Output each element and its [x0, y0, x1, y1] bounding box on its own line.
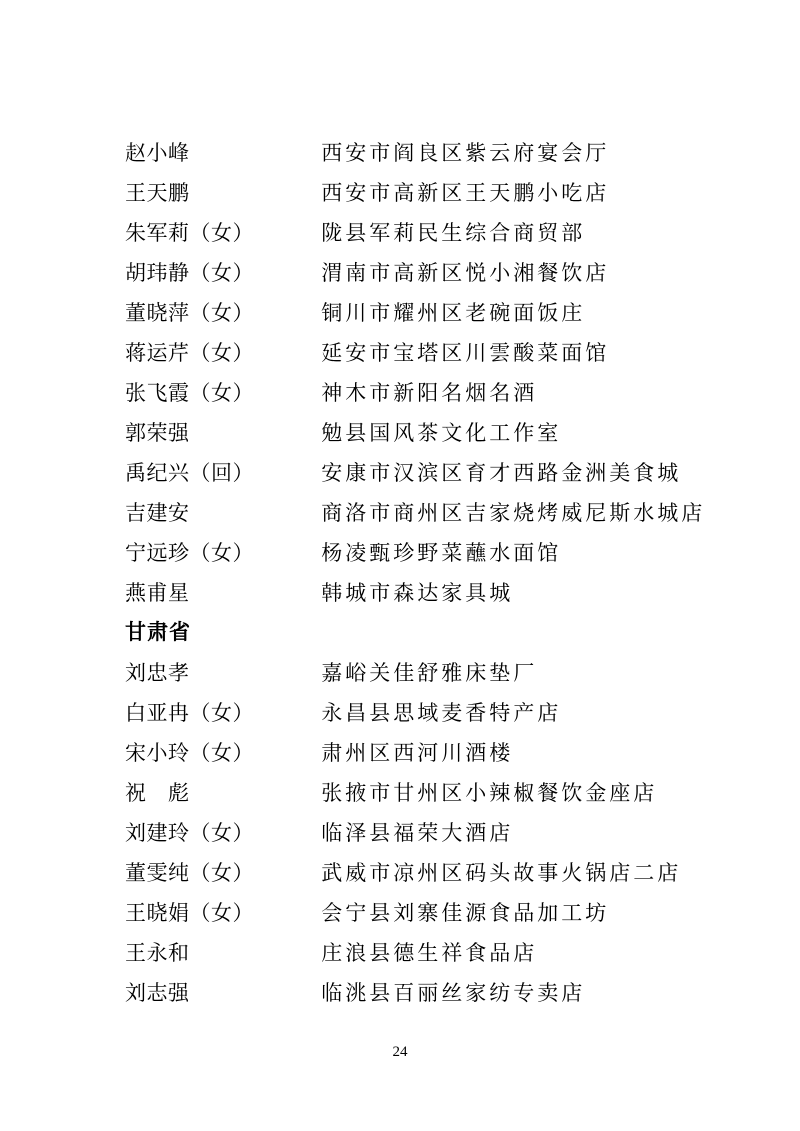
business-name: 会宁县刘寨佳源食品加工坊 [321, 893, 609, 933]
person-name: 吉建安 [125, 493, 316, 533]
list-item: 王晓娟（女） 会宁县刘寨佳源食品加工坊 [125, 893, 760, 933]
business-name: 西安市高新区王天鹏小吃店 [321, 173, 609, 213]
person-name: 董晓萍（女） [125, 293, 316, 333]
list-item: 赵小峰 西安市阎良区紫云府宴会厅 [125, 133, 760, 173]
person-name: 蒋运芹（女） [125, 333, 316, 373]
business-name: 勉县国风茶文化工作室 [321, 413, 561, 453]
list-item: 禹纪兴（回） 安康市汉滨区育才西路金洲美食城 [125, 453, 760, 493]
person-name: 祝 彪 [125, 773, 316, 813]
person-name: 王晓娟（女） [125, 893, 316, 933]
business-name: 渭南市高新区悦小湘餐饮店 [321, 253, 609, 293]
business-name: 西安市阎良区紫云府宴会厅 [321, 133, 609, 173]
list-item: 吉建安 商洛市商州区吉家烧烤威尼斯水城店 [125, 493, 760, 533]
business-name: 永昌县思域麦香特产店 [321, 693, 561, 733]
section-header-gansu: 甘肃省 [125, 613, 760, 653]
person-name: 王天鹏 [125, 173, 316, 213]
person-name: 刘志强 [125, 973, 316, 1013]
list-item: 董晓萍（女） 铜川市耀州区老碗面饭庄 [125, 293, 760, 333]
directory-list: 赵小峰 西安市阎良区紫云府宴会厅 王天鹏 西安市高新区王天鹏小吃店 朱军莉（女）… [125, 133, 760, 1013]
business-name: 嘉峪关佳舒雅床垫厂 [321, 653, 537, 693]
business-name: 神木市新阳名烟名酒 [321, 373, 537, 413]
business-name: 临泽县福荣大酒店 [321, 813, 513, 853]
list-item: 胡玮静（女） 渭南市高新区悦小湘餐饮店 [125, 253, 760, 293]
list-item: 郭荣强 勉县国风茶文化工作室 [125, 413, 760, 453]
person-name: 燕甫星 [125, 573, 316, 613]
list-item: 刘志强 临洮县百丽丝家纺专卖店 [125, 973, 760, 1013]
list-item: 白亚冉（女） 永昌县思域麦香特产店 [125, 693, 760, 733]
business-name: 铜川市耀州区老碗面饭庄 [321, 293, 585, 333]
list-item: 董雯纯（女） 武威市凉州区码头故事火锅店二店 [125, 853, 760, 893]
person-name: 董雯纯（女） [125, 853, 316, 893]
business-name: 武威市凉州区码头故事火锅店二店 [321, 853, 681, 893]
business-name: 商洛市商州区吉家烧烤威尼斯水城店 [321, 493, 705, 533]
list-item: 王永和 庄浪县德生祥食品店 [125, 933, 760, 973]
business-name: 肃州区西河川酒楼 [321, 733, 513, 773]
person-name: 郭荣强 [125, 413, 316, 453]
business-name: 韩城市森达家具城 [321, 573, 513, 613]
business-name: 临洮县百丽丝家纺专卖店 [321, 973, 585, 1013]
business-name: 安康市汉滨区育才西路金洲美食城 [321, 453, 681, 493]
person-name: 禹纪兴（回） [125, 453, 316, 493]
list-item: 刘忠孝 嘉峪关佳舒雅床垫厂 [125, 653, 760, 693]
person-name: 宁远珍（女） [125, 533, 316, 573]
list-item: 朱军莉（女） 陇县军莉民生综合商贸部 [125, 213, 760, 253]
list-item: 燕甫星 韩城市森达家具城 [125, 573, 760, 613]
list-item: 刘建玲（女） 临泽县福荣大酒店 [125, 813, 760, 853]
page-number: 24 [0, 1042, 800, 1062]
person-name: 朱军莉（女） [125, 213, 316, 253]
list-item: 张飞霞（女） 神木市新阳名烟名酒 [125, 373, 760, 413]
list-item: 祝 彪 张掖市甘州区小辣椒餐饮金座店 [125, 773, 760, 813]
person-name: 刘忠孝 [125, 653, 316, 693]
list-item: 王天鹏 西安市高新区王天鹏小吃店 [125, 173, 760, 213]
business-name: 杨凌甄珍野菜蘸水面馆 [321, 533, 561, 573]
person-name: 赵小峰 [125, 133, 316, 173]
business-name: 延安市宝塔区川雲酸菜面馆 [321, 333, 609, 373]
person-name: 宋小玲（女） [125, 733, 316, 773]
list-item: 宋小玲（女） 肃州区西河川酒楼 [125, 733, 760, 773]
business-name: 陇县军莉民生综合商贸部 [321, 213, 585, 253]
person-name: 白亚冉（女） [125, 693, 316, 733]
document-page: 赵小峰 西安市阎良区紫云府宴会厅 王天鹏 西安市高新区王天鹏小吃店 朱军莉（女）… [0, 0, 800, 1131]
person-name: 胡玮静（女） [125, 253, 316, 293]
business-name: 张掖市甘州区小辣椒餐饮金座店 [321, 773, 657, 813]
person-name: 张飞霞（女） [125, 373, 316, 413]
list-item: 宁远珍（女） 杨凌甄珍野菜蘸水面馆 [125, 533, 760, 573]
person-name: 王永和 [125, 933, 316, 973]
list-item: 蒋运芹（女） 延安市宝塔区川雲酸菜面馆 [125, 333, 760, 373]
business-name: 庄浪县德生祥食品店 [321, 933, 537, 973]
person-name: 刘建玲（女） [125, 813, 316, 853]
